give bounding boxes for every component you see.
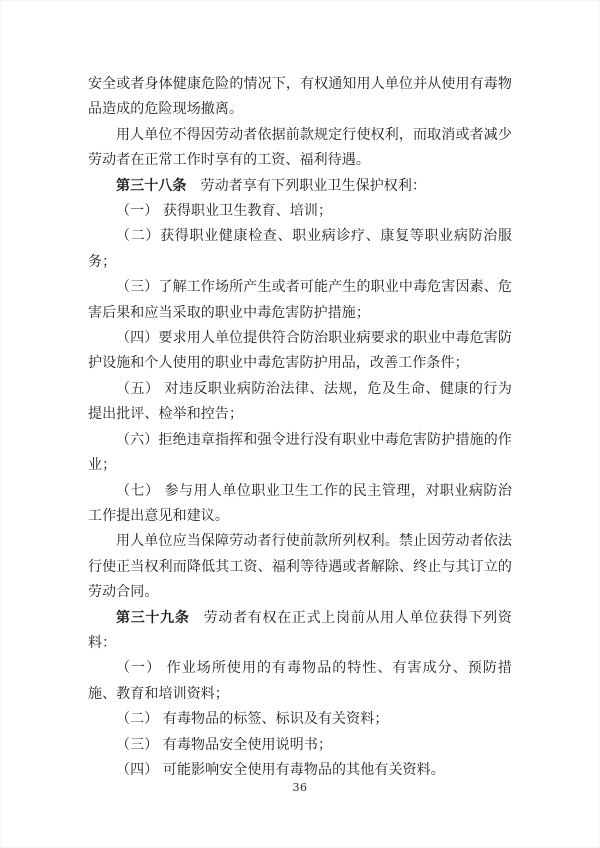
article-number: 第三十九条 bbox=[116, 610, 190, 626]
paragraph-text: （五） 对违反职业病防治法律、法规，危及生命、健康的行为提出批评、检举和控告； bbox=[88, 381, 512, 422]
paragraph-text: （三） 有毒物品安全使用说明书； bbox=[116, 737, 332, 753]
document-body: 安全或者身体健康危险的情况下，有权通知用人单位并从使用有毒物品造成的危险现场撤离… bbox=[88, 72, 512, 783]
paragraph-text: （二） 有毒物品的标签、标识及有关资料； bbox=[116, 711, 388, 727]
paragraph-text: （四）要求用人单位提供符合防治职业病要求的职业中毒危害防护设施和个人使用的职业中… bbox=[88, 330, 512, 371]
paragraph-article-39: 第三十九条劳动者有权在正式上岗前从用人单位获得下列资料： bbox=[88, 606, 512, 657]
list-item: （二）获得职业健康检查、职业病诊疗、康复等职业病防治服务； bbox=[88, 224, 512, 275]
paragraph-text: 安全或者身体健康危险的情况下，有权通知用人单位并从使用有毒物品造成的危险现场撤离… bbox=[88, 76, 512, 117]
list-item: （四） 可能影响安全使用有毒物品的其他有关资料。 bbox=[88, 758, 512, 783]
list-item: （三）了解工作场所产生或者可能产生的职业中毒危害因素、危害后果和应当采取的职业中… bbox=[88, 275, 512, 326]
paragraph-text: 用人单位应当保障劳动者行使前款所列权利。禁止因劳动者依法行使正当权利而降低其工资… bbox=[88, 533, 512, 600]
list-item: （四）要求用人单位提供符合防治职业病要求的职业中毒危害防护设施和个人使用的职业中… bbox=[88, 326, 512, 377]
paragraph-text: （三）了解工作场所产生或者可能产生的职业中毒危害因素、危害后果和应当采取的职业中… bbox=[88, 279, 512, 320]
paragraph: 安全或者身体健康危险的情况下，有权通知用人单位并从使用有毒物品造成的危险现场撤离… bbox=[88, 72, 512, 123]
paragraph: 用人单位应当保障劳动者行使前款所列权利。禁止因劳动者依法行使正当权利而降低其工资… bbox=[88, 529, 512, 605]
paragraph-text: （一） 获得职业卫生教育、培训； bbox=[116, 203, 332, 219]
paragraph-text: （七） 参与用人单位职业卫生工作的民主管理，对职业病防治工作提出意见和建议。 bbox=[88, 483, 512, 524]
list-item: （二） 有毒物品的标签、标识及有关资料； bbox=[88, 707, 512, 732]
page-number: 36 bbox=[0, 781, 600, 794]
paragraph-text: （四） 可能影响安全使用有毒物品的其他有关资料。 bbox=[116, 762, 445, 778]
list-item: （一） 作业场所使用的有毒物品的特性、有害成分、预防措施、教育和培训资料； bbox=[88, 656, 512, 707]
paragraph: 用人单位不得因劳动者依据前款规定行使权利，而取消或者减少劳动者在正常工作时享有的… bbox=[88, 123, 512, 174]
list-item: （六）拒绝违章指挥和强令进行没有职业中毒危害防护措施的作业； bbox=[88, 428, 512, 479]
list-item: （七） 参与用人单位职业卫生工作的民主管理，对职业病防治工作提出意见和建议。 bbox=[88, 479, 512, 530]
list-item: （三） 有毒物品安全使用说明书； bbox=[88, 733, 512, 758]
document-page: 安全或者身体健康危险的情况下，有权通知用人单位并从使用有毒物品造成的危险现场撤离… bbox=[0, 0, 600, 848]
list-item: （一） 获得职业卫生教育、培训； bbox=[88, 199, 512, 224]
paragraph-text: （六）拒绝违章指挥和强令进行没有职业中毒危害防护措施的作业； bbox=[88, 432, 512, 473]
paragraph-article-38: 第三十八条劳动者享有下列职业卫生保护权利： bbox=[88, 174, 512, 199]
article-number: 第三十八条 bbox=[116, 178, 187, 194]
paragraph-text: 用人单位不得因劳动者依据前款规定行使权利，而取消或者减少劳动者在正常工作时享有的… bbox=[88, 127, 512, 168]
paragraph-text: 劳动者享有下列职业卫生保护权利： bbox=[201, 178, 427, 194]
list-item: （五） 对违反职业病防治法律、法规，危及生命、健康的行为提出批评、检举和控告； bbox=[88, 377, 512, 428]
paragraph-text: （二）获得职业健康检查、职业病诊疗、康复等职业病防治服务； bbox=[88, 228, 512, 269]
paragraph-text: （一） 作业场所使用的有毒物品的特性、有害成分、预防措施、教育和培训资料； bbox=[88, 660, 512, 701]
